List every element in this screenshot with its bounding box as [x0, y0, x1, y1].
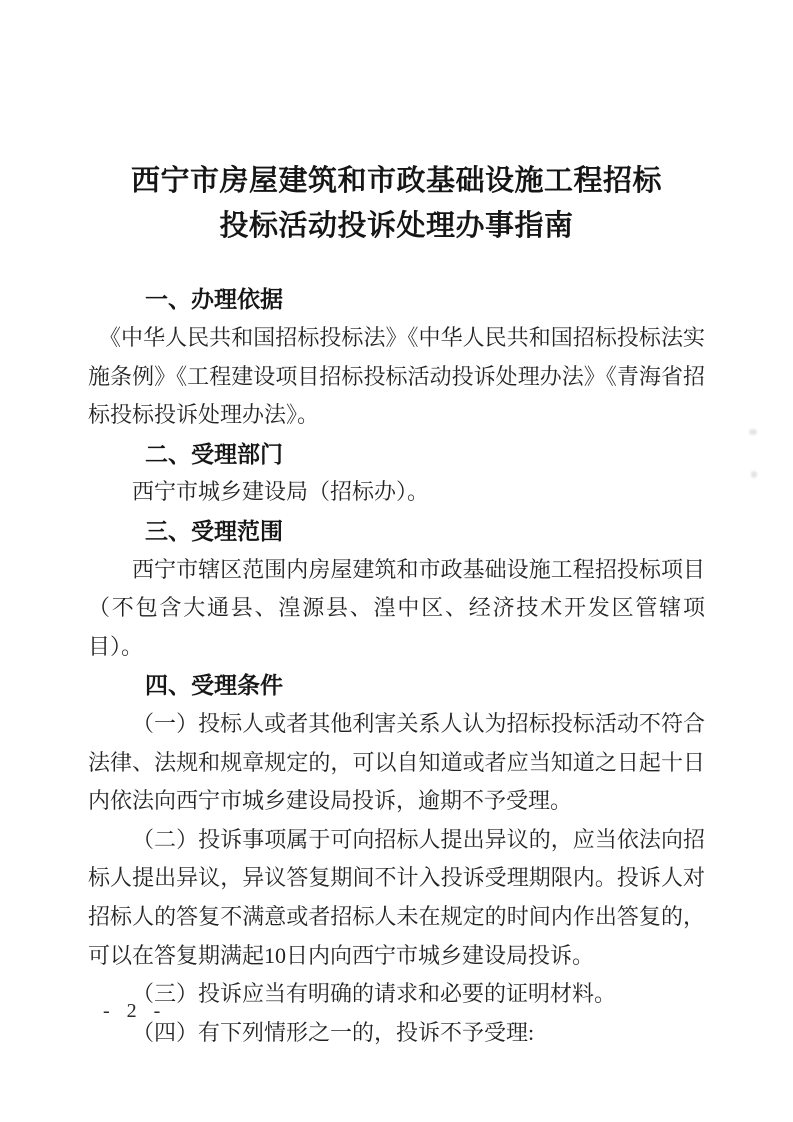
scan-smudge-artifact [749, 429, 757, 435]
document-body: 一、办理依据 《中华人民共和国招标投标法》《中华人民共和国招标投标法实施条例》《… [0, 280, 793, 1052]
paragraph-condition-1: （一）投标人或者其他利害关系人认为招标投标活动不符合法律、法规和规章规定的，可以… [88, 705, 705, 821]
paragraph-condition-4: （四）有下列情形之一的，投诉不予受理: [88, 1014, 705, 1053]
paragraph-condition-2: （二）投诉事项属于可向招标人提出异议的，应当依法向招标人提出异议，异议答复期间不… [88, 821, 705, 975]
paragraph-accepting-department: 西宁市城乡建设局（招标办）。 [88, 473, 705, 512]
page-number: - 2 - [103, 1000, 166, 1023]
paragraph-basis-laws: 《中华人民共和国招标投标法》《中华人民共和国招标投标法实施条例》《工程建设项目招… [88, 319, 705, 435]
document-page: 西宁市房屋建筑和市政基础设施工程招标 投标活动投诉处理办事指南 一、办理依据 《… [0, 0, 793, 1122]
document-title-line-1: 西宁市房屋建筑和市政基础设施工程招标 [0, 159, 793, 204]
section-heading-acceptance-conditions: 四、受理条件 [88, 666, 705, 705]
section-acceptance-scope: 三、受理范围 西宁市辖区范围内房屋建筑和市政基础设施工程招投标项目（不包含大通县… [88, 512, 705, 666]
paragraph-condition-3: （三）投诉应当有明确的请求和必要的证明材料。 [88, 975, 705, 1014]
section-heading-accepting-department: 二、受理部门 [88, 435, 705, 474]
section-heading-acceptance-scope: 三、受理范围 [88, 512, 705, 551]
document-title: 西宁市房屋建筑和市政基础设施工程招标 投标活动投诉处理办事指南 [0, 19, 793, 249]
scan-smudge-artifact [751, 471, 757, 478]
paragraph-acceptance-scope: 西宁市辖区范围内房屋建筑和市政基础设施工程招投标项目（不包含大通县、湟源县、湟中… [88, 551, 705, 667]
section-basis: 一、办理依据 《中华人民共和国招标投标法》《中华人民共和国招标投标法实施条例》《… [88, 280, 705, 434]
section-acceptance-conditions: 四、受理条件 （一）投标人或者其他利害关系人认为招标投标活动不符合法律、法规和规… [88, 666, 705, 1052]
section-heading-basis: 一、办理依据 [88, 280, 705, 319]
section-accepting-department: 二、受理部门 西宁市城乡建设局（招标办）。 [88, 435, 705, 512]
document-title-line-2: 投标活动投诉处理办事指南 [0, 204, 793, 249]
